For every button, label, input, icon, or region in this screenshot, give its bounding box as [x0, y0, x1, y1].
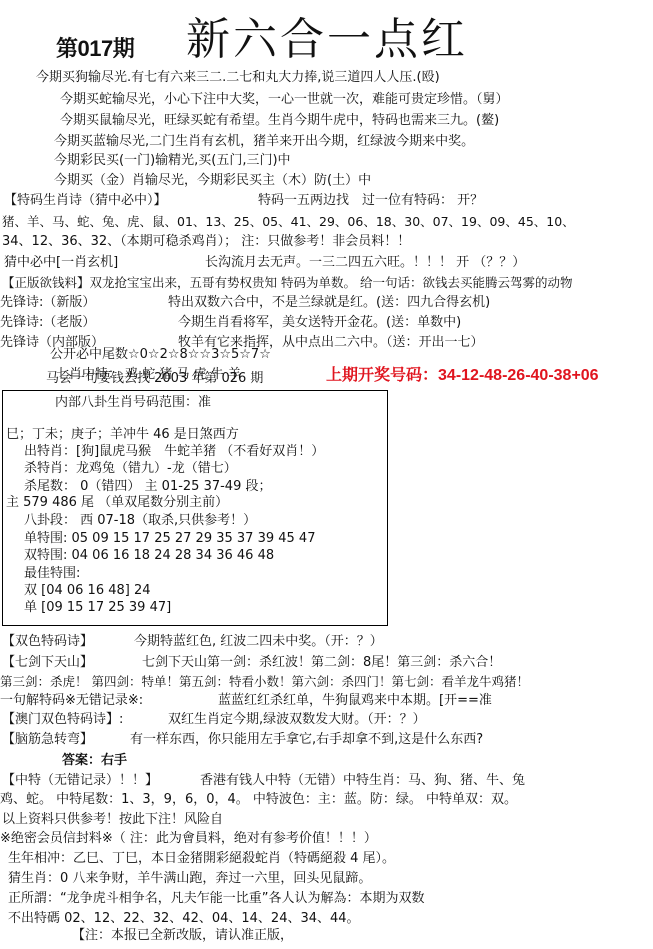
shuangse-text: 今期特蓝红色, 红波二四未中奖。（开：？）	[134, 633, 383, 651]
aomen-label: 【澳门双色特码诗】:	[2, 711, 123, 729]
tail-digits: 公开必中尾数☆0☆2☆8☆☆3☆5☆7☆	[50, 346, 271, 364]
intro-line: 今期买鼠输尽光，旺绿买蛇有希望。生肖今期牛虎中，特码也需来三九。(鳌)	[60, 112, 499, 130]
bagua-line: 杀特肖：龙鸡兔（错九）-龙（错七）	[24, 460, 237, 478]
zhongte-label: 【中特（无错记录）！！】	[2, 772, 158, 790]
intro-line: 今期买蛇输尽光，小心下注中大奖，一心一世就一次，难能可贵定珍惜。（舅）	[60, 91, 509, 109]
bagua-title: 内部八卦生肖号码范围：准	[55, 394, 211, 412]
shuangse-label: 【双色特码诗】	[2, 633, 93, 651]
intro-line: 今期买狗输尽光.有七有六来三二.二七和丸大力捧,说三道四人人压.(殴)	[36, 69, 440, 87]
poem-list: 猪、羊、马、蛇、兔、虎、鼠、01、13、25、05、41、29、06、18、30…	[2, 213, 575, 231]
intro-line: 今期买蓝输尽光,二门生肖有玄机，猪羊来开出今期，红绿波今期来中奖。	[54, 133, 474, 151]
issue-number: 第017期	[56, 32, 134, 63]
bagua-line: 双特围: 04 06 16 18 24 28 34 36 46 48	[24, 547, 274, 565]
qijian-line2: 第三剑：杀虎！ 第四剑：特单！第五剑：特看小数！第六剑：杀四门！第七剑：看羊龙牛…	[0, 673, 529, 691]
guess-label: 猜中必中[一肖玄机]	[4, 254, 118, 272]
bagua-line: 八卦段： 西 07-18（取杀,只供参考！）	[24, 512, 256, 530]
xianfeng-label: 先锋诗:（老版）	[0, 314, 95, 332]
zhengban-text: 【正版欲钱料】双龙抢宝宝出来，五哥有势权贵知 特码为单数。 给一句话：欲钱去买能…	[2, 274, 572, 292]
xianfeng-text: 今期生肖看将军，美女送特开金花。(送：单数中)	[178, 314, 461, 332]
poem-list: 34、12、36、32、（本期可稳杀鸡肖）； 注：只做参考！非会员料！！	[2, 233, 410, 251]
bagua-line: 双 [04 06 16 48] 24	[24, 582, 151, 600]
member-line: 猜生肖：0 八来争财，羊牛满山跑，奔过一六里，回头见鼠蹄。	[8, 870, 371, 888]
mahui-line: 马会一句要钱去找 2003 年第 026 期	[46, 370, 263, 388]
bagua-line: 最佳特围:	[24, 565, 80, 583]
poem-label: 【特码生肖诗（猜中必中）】	[4, 192, 167, 210]
last-draw-numbers: 34-12-48-26-40-38+06	[438, 367, 599, 384]
bagua-line: 主 579 486 尾 （单双尾数分别主前）	[6, 494, 228, 512]
xianfeng-label: 先锋诗:（新版）	[0, 294, 95, 312]
intro-line: 今期彩民买(一门)输精光,买(五门,三门)中	[54, 152, 291, 170]
zhongte-line2: 鸡、蛇。 中特尾数：1、3，9，6，0，4。 中特波色：主：蓝。防：绿。 中特单…	[0, 791, 517, 809]
zhongte-line3: 以上资料只供参考！按此下注！风险自	[2, 811, 223, 829]
last-draw-label: 上期开奖号码：	[326, 367, 438, 384]
yiju-label: 一句解特码※无错记录※:	[0, 692, 143, 710]
intro-line: 今期买（金）肖输尽光，今期彩民买主（木）防(土）中	[54, 172, 371, 190]
guess-text: 长沟流月去无声。一三二四五六旺。！！！ 开 （？？）	[205, 254, 525, 272]
member-line: 不出特碼 02、12、22、32、42、04、14、24、34、44。	[8, 910, 360, 928]
member-title: ※绝密会员信封料※（ 注：此为會員料，绝对有参考价值！！！）	[0, 830, 377, 848]
poem-text: 特码一五两边找 过一位有特码： 开？	[258, 192, 483, 210]
riddle-label: 【脑筋急转弯】	[2, 731, 93, 749]
zhongte-text: 香港有钱人中特（无错）中特生肖：马、狗、猪、牛、兔	[200, 772, 525, 790]
member-line: 生年相冲：乙巳、丁巳，本日金猪開彩絕殺蛇肖（特碼絕殺 4 尾）。	[8, 850, 395, 868]
qijian-text: 七剑下天山第一剑：杀红波！第二剑：8尾！第三剑：杀六合！	[142, 654, 501, 672]
bagua-line: 单 [09 15 17 25 39 47]	[24, 599, 171, 617]
last-draw: 上期开奖号码：34-12-48-26-40-38+06	[326, 362, 599, 385]
qijian-label: 【七剑下天山】	[2, 654, 93, 672]
bagua-line: 巳；丁未；庚子；羊冲牛 46 是日煞西方	[6, 426, 239, 444]
footer-note: 【注：本报已全新改版，请认准正版，	[72, 927, 293, 945]
riddle-text: 有一样东西，你只能用左手拿它,右手却拿不到,这是什么东西?	[130, 731, 483, 749]
bagua-line: 单特围: 05 09 15 17 25 27 29 35 37 39 45 47	[24, 530, 315, 548]
xianfeng-text: 特出双数六合中，不是兰绿就是红。(送：四九合得玄机)	[168, 294, 490, 312]
page-title: 新六合一点红	[186, 12, 468, 68]
yiju-text: 蓝蓝红红杀红单，牛狗鼠鸡来中本期。[开==准	[218, 692, 492, 710]
aomen-text: 双红生肖定今期,绿波双数发大财。（开：？）	[168, 711, 426, 729]
riddle-answer: 答案：右手	[62, 752, 127, 770]
member-line: 正所謂：“龙争虎斗相争名，凡夫乍能一比重”各人认为解為：本期为双数	[8, 890, 424, 908]
bagua-line: 出特肖：[狗]鼠虎马猴 牛蛇羊猪 （不看好双肖！）	[24, 443, 324, 461]
